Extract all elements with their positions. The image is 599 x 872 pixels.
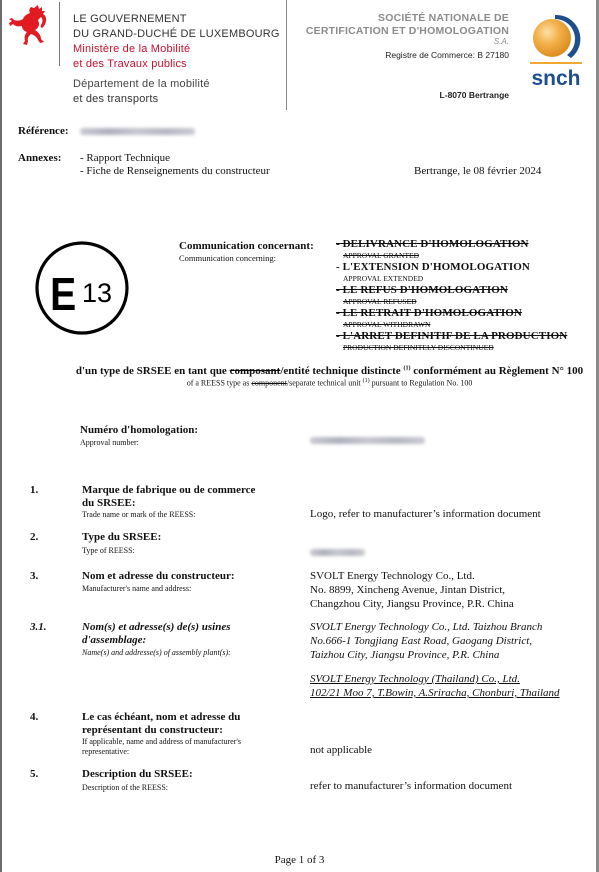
certifier-heading: SOCIÉTÉ NATIONALE DE CERTIFICATION ET D'… (306, 12, 509, 60)
type-statement-part: pursuant to Regulation No. 100 (370, 379, 473, 388)
approval-number-label: Numéro d'homologation: (80, 424, 198, 437)
svg-text:snch: snch (531, 67, 580, 90)
value-line: No.666-1 Tongjiang East Road, Gaogang Di… (310, 634, 542, 648)
item-5-label-en: Description of the REESS: (82, 783, 168, 793)
option-approval-granted-en: APPROVAL GRANTED (336, 250, 567, 261)
item-number: 3.1. (30, 621, 47, 633)
item-3-value: SVOLT Energy Technology Co., Ltd. No. 88… (310, 569, 514, 611)
svg-text:E: E (50, 269, 76, 321)
item-5-label: Description du SRSEE: (82, 768, 193, 781)
communication-options: - DELIVRANCE D'HOMOLOGATION APPROVAL GRA… (336, 238, 567, 353)
type-statement-part: /entité technique distincte (280, 365, 403, 377)
item-label-line: Le cas échéant, nom et adresse du (82, 711, 240, 724)
communication-label: Communication concernant: (179, 240, 314, 252)
item-1-label-en: Trade name or mark of the REESS: (82, 510, 195, 520)
item-number: 1. (30, 484, 38, 496)
department-line2: et des transports (73, 92, 280, 107)
item-2-value-redacted (310, 549, 365, 556)
option-approval-refused: - LE REFUS D'HOMOLOGATION (336, 284, 567, 296)
item-label-line: representative: (82, 747, 241, 757)
type-statement-part: d'un type de SRSEE en tant que (76, 365, 230, 377)
government-line2: DU GRAND-DUCHÉ DE LUXEMBOURG (73, 27, 280, 42)
approval-number-label-en: Approval number: (80, 438, 139, 448)
e13-approval-mark: E 13 (34, 240, 130, 336)
item-2-label-en: Type of REESS: (82, 546, 135, 556)
item-number: 5. (30, 768, 38, 780)
type-statement-part: of a REESS type as (187, 379, 252, 388)
item-label-line: Marque de fabrique ou de commerce (82, 484, 255, 497)
value-line: No. 8899, Xincheng Avenue, Jintan Distri… (310, 583, 514, 597)
item-3-1-value-2: SVOLT Energy Technology (Thailand) Co., … (310, 672, 560, 700)
item-5-value: refer to manufacturer’s information docu… (310, 779, 512, 793)
footnote-ref: (1) (363, 378, 370, 384)
svg-text:13: 13 (82, 278, 112, 308)
header-divider (59, 2, 60, 66)
item-4-label: Le cas échéant, nom et adresse du représ… (82, 711, 240, 737)
item-1-label: Marque de fabrique ou de commerce du SRS… (82, 484, 255, 510)
item-3-1-label-en: Name(s) and addresse(s) of assembly plan… (82, 648, 231, 658)
value-line: SVOLT Energy Technology (Thailand) Co., … (310, 672, 560, 686)
annex-item: - Fiche de Renseignements du constructeu… (80, 165, 270, 177)
page-border-left (0, 0, 2, 872)
ministry-line2: et des Travaux publics (73, 57, 280, 72)
approval-number-redacted (310, 437, 425, 444)
type-statement-part: /separate technical unit (287, 379, 363, 388)
item-3-1-value: SVOLT Energy Technology Co., Ltd. Taizho… (310, 620, 542, 662)
value-line: SVOLT Energy Technology Co., Ltd. Taizho… (310, 620, 542, 634)
item-number: 4. (30, 711, 38, 723)
option-approval-granted: - DELIVRANCE D'HOMOLOGATION (336, 238, 567, 250)
communication-label-en: Communication concerning: (179, 253, 276, 263)
type-statement-struck: component (251, 379, 287, 388)
certifier-legal-form: S.A. (306, 37, 509, 47)
item-label-line: If applicable, name and address of manuf… (82, 737, 241, 747)
option-approval-extended-en: APPROVAL EXTENDED (336, 273, 567, 284)
value-line: 102/21 Moo 7, T.Bowin, A.Sriracha, Chonb… (310, 686, 560, 700)
item-3-label: Nom et adresse du constructeur: (82, 570, 235, 583)
item-1-value: Logo, refer to manufacturer’s informatio… (310, 507, 541, 521)
value-line: Changzhou City, Jiangsu Province, P.R. C… (310, 597, 514, 611)
type-statement: d'un type de SRSEE en tant que composant… (0, 365, 599, 377)
header-center-divider (286, 0, 287, 110)
value-line: Taizhou City, Jiangsu Province, P.R. Chi… (310, 648, 542, 662)
department-line1: Département de la mobilité (73, 77, 280, 92)
option-approval-extended: - L'EXTENSION D'HOMOLOGATION (336, 261, 567, 273)
item-label-line: d'assemblage: (82, 634, 230, 647)
option-approval-refused-en: APPROVAL REFUSED (336, 296, 567, 307)
option-production-discontinued: - L'ARRET DEFINITIF DE LA PRODUCTION (336, 330, 567, 342)
certifier-name-line2: CERTIFICATION ET D'HOMOLOGATION (306, 25, 509, 38)
option-production-discontinued-en: PRODUCTION DEFINITELY DISCONTINUED (336, 342, 567, 353)
item-number: 2. (30, 531, 38, 543)
item-4-value: not applicable (310, 743, 372, 757)
place-date: Bertrange, le 08 février 2024 (414, 165, 541, 177)
ministry-line1: Ministère de la Mobilité (73, 42, 280, 57)
page-number: Page 1 of 3 (0, 854, 599, 866)
certifier-register: Registre de Commerce: B 27180 (306, 50, 509, 60)
type-statement-struck: composant (230, 365, 281, 377)
item-label-line: représentant du constructeur: (82, 724, 240, 737)
red-lion-icon (4, 4, 48, 54)
type-statement-en: of a REESS type as component/separate te… (0, 378, 599, 388)
item-3-1-label: Nom(s) et adresse(s) de(s) usines d'asse… (82, 621, 230, 647)
reference-label: Référence: (18, 125, 68, 137)
item-number: 3. (30, 570, 38, 582)
certifier-name-line1: SOCIÉTÉ NATIONALE DE (306, 12, 509, 25)
value-line: SVOLT Energy Technology Co., Ltd. (310, 569, 514, 583)
item-2-label: Type du SRSEE: (82, 531, 161, 544)
annex-item: - Rapport Technique (80, 152, 170, 164)
annexes-label: Annexes: (18, 152, 61, 164)
reference-value-redacted (80, 128, 195, 135)
type-statement-part: conformément au Règlement N° 100 (410, 365, 583, 377)
certifier-address: L-8070 Bertrange (440, 90, 509, 100)
item-3-label-en: Manufacturer's name and address: (82, 584, 191, 594)
item-label-line: du SRSEE: (82, 497, 255, 510)
snch-logo: snch (527, 14, 587, 90)
government-heading: LE GOUVERNEMENT DU GRAND-DUCHÉ DE LUXEMB… (73, 12, 280, 107)
item-4-label-en: If applicable, name and address of manuf… (82, 737, 241, 757)
option-approval-withdrawn: - LE RETRAIT D'HOMOLOGATION (336, 307, 567, 319)
option-approval-withdrawn-en: APPROVAL WITHDRAWN (336, 319, 567, 330)
item-label-line: Nom(s) et adresse(s) de(s) usines (82, 621, 230, 634)
government-line1: LE GOUVERNEMENT (73, 12, 280, 27)
